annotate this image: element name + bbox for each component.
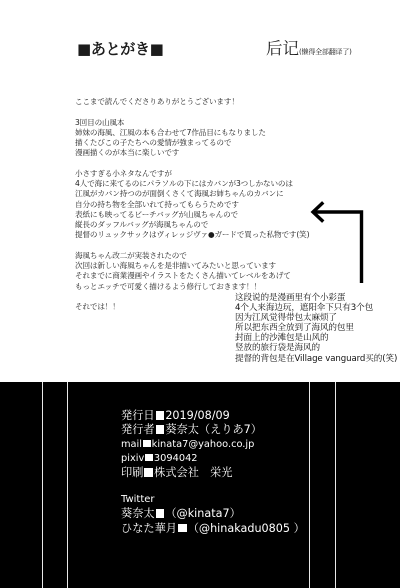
colophon-value: 葵奈太（えりあ7） — [165, 423, 262, 436]
afterword-line: 漫画描くのが本当に楽しいです — [75, 148, 309, 158]
translation-note-zh: 这段说的是漫画里有个小彩蛋 4个人来海边玩，遮阳伞下只有3个包 因为江风觉得带包… — [235, 293, 397, 364]
panel-rule — [42, 382, 43, 588]
afterword-paragraph: 3回目の山風本 姉妹の海風、江風の本も合わせて7作品目にもなりました 描くたびこ… — [75, 118, 309, 159]
separator-square-icon: ■ — [143, 440, 151, 448]
afterword-line: 自分の持ち物を全部いれて持ってもらうためです — [75, 200, 309, 210]
afterword-paragraph: 海風ちゃん改二が実装されたので 次回は新しい海風ちゃんを是非描いてみたいと思って… — [75, 251, 309, 292]
afterword-line: 表紙にも映ってるビーチバッグが山風ちゃんので — [75, 210, 309, 220]
colophon-label: mail — [121, 439, 142, 450]
afterword-title-zh: 后记(懒得全部翻译了) — [266, 38, 352, 63]
colophon-value: 3094042 — [154, 453, 198, 464]
colophon-row-pixiv: pixiv■3094042 — [121, 452, 305, 466]
colophon-label: pixiv — [121, 453, 144, 464]
panel-rule — [67, 382, 68, 588]
twitter-row: ひなた華月■（@hinakadu0805 ） — [121, 522, 305, 536]
afterword-line: 姉妹の海風、江風の本も合わせて7作品目にもなりました — [75, 128, 309, 138]
colophon-row-mail: mail■kinata7@yahoo.co.jp — [121, 438, 305, 452]
translation-line: 4个人来海边玩，遮阳伞下只有3个包 — [235, 303, 397, 313]
translation-line: 因为江风觉得带包太麻烦了 — [235, 313, 397, 323]
twitter-name: ひなた華月 — [121, 522, 177, 535]
afterword-title-zh-main: 后记 — [266, 39, 299, 58]
afterword-paragraph: ここまで読んでくださりありがとうございます！ — [75, 97, 309, 107]
separator-square-icon: ■ — [156, 411, 165, 420]
colophon-value: kinata7@yahoo.co.jp — [152, 439, 255, 450]
twitter-name: 葵奈太 — [121, 507, 155, 520]
colophon: 発行日■2019/08/09 発行者■葵奈太（えりあ7） mail■kinata… — [121, 409, 305, 536]
afterword-text-ja: ここまで読んでくださりありがとうございます！ 3回目の山風本 姉妹の海風、江風の… — [75, 97, 309, 323]
translation-line: 竖放的旅行袋是海风的 — [235, 343, 397, 353]
afterword-line: それまでに商業漫画やイラストをたくさん描いてレベルをあげて — [75, 271, 309, 281]
colophon-label: 印刷 — [121, 466, 143, 479]
afterword-line: 縦長のダッフルバッグが海風ちゃんので — [75, 220, 309, 230]
afterword-line: 江風がカバン持つのが面倒くさくて海風お姉ちゃんのカバンに — [75, 189, 309, 199]
twitter-handle: （@hinakadu0805 ） — [188, 522, 305, 535]
translation-line: 封面上的沙滩包是山风的 — [235, 333, 397, 343]
separator-square-icon: ■ — [144, 468, 153, 477]
panel-rule — [335, 382, 336, 588]
colophon-label: 発行者 — [121, 423, 155, 436]
twitter-handle: （@kinata7） — [165, 507, 240, 520]
separator-square-icon: ■ — [156, 509, 165, 518]
separator-square-icon: ■ — [145, 454, 153, 462]
separator-square-icon: ■ — [156, 425, 165, 434]
afterword-title-zh-note: (懒得全部翻译了) — [299, 48, 352, 56]
afterword-line: ここまで読んでくださりありがとうございます！ — [75, 97, 309, 107]
colophon-label: 発行日 — [121, 409, 155, 422]
afterword-title-ja: ■あとがき■ — [77, 39, 164, 59]
panel-rule — [309, 382, 310, 588]
translation-line: 提督的背包是在Village vanguard买的(笑) — [235, 354, 397, 364]
afterword-line: 描くたびこの子たちへの愛情が強まってるので — [75, 138, 309, 148]
afterword-line: 提督のリュックサックはヴィレッジヴァ●ガードで買った私物です(笑) — [75, 230, 309, 240]
arrow-left-icon — [300, 195, 380, 290]
colophon-value: 2019/08/09 — [165, 409, 229, 422]
separator-square-icon: ■ — [178, 524, 187, 533]
spacer — [121, 480, 305, 493]
colophon-row-publisher: 発行者■葵奈太（えりあ7） — [121, 423, 305, 437]
twitter-label: Twitter — [121, 493, 305, 507]
translation-line: 所以把东西全放到了海风的包里 — [235, 323, 397, 333]
twitter-row: 葵奈太■（@kinata7） — [121, 507, 305, 521]
afterword-line: 小さすぎる小ネタなんですが — [75, 169, 309, 179]
afterword-line: 3回目の山風本 — [75, 118, 309, 128]
translation-line: 这段说的是漫画里有个小彩蛋 — [235, 293, 397, 303]
afterword-line: 海風ちゃん改二が実装されたので — [75, 251, 309, 261]
colophon-row-date: 発行日■2019/08/09 — [121, 409, 305, 423]
afterword-line: 次回は新しい海風ちゃんを是非描いてみたいと思っています — [75, 261, 309, 271]
afterword-line: 4人で海に来てるのにパラソルの下にはカバンが3つしかないのは — [75, 179, 309, 189]
afterword-line: もっとエッチで可愛く描けるよう修行しておきます！！ — [75, 282, 309, 292]
afterword-paragraph: 小さすぎる小ネタなんですが 4人で海に来てるのにパラソルの下にはカバンが3つしか… — [75, 169, 309, 241]
colophon-row-printer: 印刷■株式会社 栄光 — [121, 466, 305, 480]
colophon-value: 株式会社 栄光 — [154, 466, 232, 479]
